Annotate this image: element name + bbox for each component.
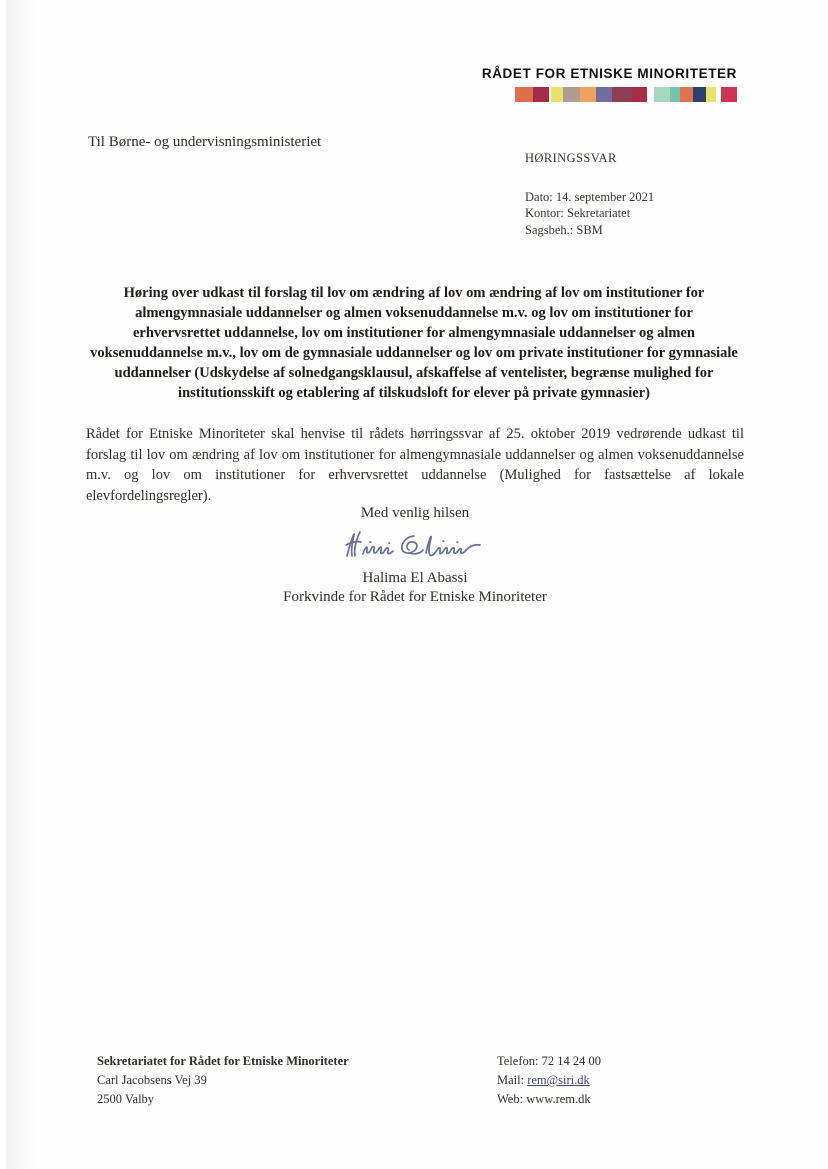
scanned-letter-page: RÅDET FOR ETNISKE MINORITETER Til Børne-… xyxy=(0,0,828,1169)
footer-org-name: Sekretariatet for Rådet for Etniske Mino… xyxy=(97,1052,349,1071)
footer-mail-link[interactable]: rem@siri.dk xyxy=(527,1073,590,1087)
logo-bar-segment xyxy=(647,87,654,102)
logo-bar-segment xyxy=(670,87,680,102)
addressee-line: Til Børne- og undervisningsministeriet xyxy=(88,134,321,151)
logo-bar-segment xyxy=(563,87,580,102)
signature-ink-strokes xyxy=(339,522,489,568)
footer-web-value: www.rem.dk xyxy=(526,1092,590,1106)
signatory-name: Halima El Abassi xyxy=(86,570,744,587)
salutation-line: Med venlig hilsen xyxy=(86,505,744,522)
logo-bar-segment xyxy=(721,87,737,102)
logo-bar-segment xyxy=(596,87,612,102)
footer-mail-label: Mail: xyxy=(497,1073,527,1087)
footer-web-line: Web: www.rem.dk xyxy=(497,1090,601,1109)
logo-bar-segment xyxy=(693,87,706,102)
letter-subject-heading: Høring over udkast til forslag til lov o… xyxy=(90,283,738,403)
org-logo-wordmark: RÅDET FOR ETNISKE MINORITETER xyxy=(482,66,737,81)
document-type-label: HØRINGSSVAR xyxy=(525,150,654,167)
logo-bar-segment xyxy=(680,87,693,102)
letter-body-paragraph: Rådet for Etniske Minoriteter skal henvi… xyxy=(86,424,744,506)
footer-city: 2500 Valby xyxy=(97,1090,349,1109)
document-info-block: HØRINGSSVAR Dato: 14. september 2021 Kon… xyxy=(525,150,654,238)
case-handler-line: Sagsbeh.: SBM xyxy=(525,222,654,239)
logo-bar-segment xyxy=(612,87,632,102)
footer-mail-line: Mail: rem@siri.dk xyxy=(497,1071,601,1090)
logo-bar-segment xyxy=(533,87,549,102)
logo-bar-segment xyxy=(551,87,563,102)
footer-web-label: Web: xyxy=(497,1092,526,1106)
signatory-title: Forkvinde for Rådet for Etniske Minorite… xyxy=(86,589,744,606)
scan-edge-artifact xyxy=(6,0,36,1169)
footer-address-block: Sekretariatet for Rådet for Etniske Mino… xyxy=(97,1052,349,1109)
date-line: Dato: 14. september 2021 xyxy=(525,189,654,206)
logo-bar-segment xyxy=(515,87,533,102)
logo-bar-segment xyxy=(706,87,716,102)
handwritten-signature xyxy=(339,522,489,568)
footer-contact-block: Telefon: 72 14 24 00 Mail: rem@siri.dk W… xyxy=(497,1052,601,1109)
footer-phone: Telefon: 72 14 24 00 xyxy=(497,1052,601,1071)
office-line: Kontor: Sekretariatet xyxy=(525,205,654,222)
logo-bar-segment xyxy=(580,87,596,102)
logo-bar-segment xyxy=(654,87,670,102)
logo-bar-segment xyxy=(632,87,647,102)
logo-bar xyxy=(515,87,737,102)
footer-street: Carl Jacobsens Vej 39 xyxy=(97,1071,349,1090)
